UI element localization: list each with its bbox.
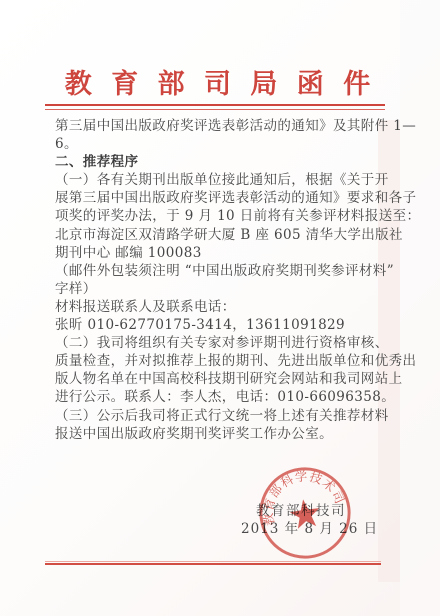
body-line: （一）各有关期刊出版单位接此通知后，根据《关于开 — [55, 171, 387, 189]
body-line: 项奖的评奖办法，于 9 月 10 日前将有关参评材料报送至： — [55, 207, 387, 225]
body-line: 报送中国出版政府奖期刊奖评奖工作办公室。 — [55, 425, 387, 443]
body-line: 质量检查，并对拟推荐上报的期刊、先进出版单位和优秀出 — [55, 352, 387, 370]
body-line: 字样） — [55, 280, 387, 298]
body-line: 进行公示。联系人：李人杰，电话：010-66096358。 — [55, 388, 387, 406]
body-line: （邮件外包装须注明 “中国出版政府奖期刊奖参评材料” — [55, 262, 387, 280]
footer-divider — [45, 561, 381, 565]
letterhead-divider — [45, 104, 385, 110]
body-line: 北京市海淀区双清路学研大厦 B 座 605 清华大学出版社 — [55, 226, 387, 244]
body-line: 材料报送联系人及联系电话： — [55, 298, 387, 316]
body-line: 期刊中心 邮编 100083 — [55, 244, 387, 262]
body-line: （二）我司将组织有关专家对参评期刊进行资格审核、 — [55, 334, 387, 352]
body-line: 展第三届中国出版政府奖评选表彰活动的通知》要求和各子 — [55, 189, 387, 207]
letterhead-title: 教 育 部 司 局 函 件 — [0, 62, 440, 101]
scanned-letter-page: 教 育 部 司 局 函 件 第三届中国出版政府奖评选表彰活动的通知》及其附件 1… — [0, 0, 440, 616]
section-heading: 二、推荐程序 — [55, 153, 387, 171]
body-line: 6。 — [55, 135, 387, 153]
body-line: 版人物名单在中国高校科技期刊研究会网站和我司网站上 — [55, 370, 387, 388]
official-seal: 教育部科学技术司 — [250, 458, 361, 569]
body-line: （三）公示后我司将正式行文统一将上述有关推荐材料 — [55, 407, 387, 425]
seal-star-icon — [288, 497, 321, 529]
body-line: 张昕 010-62770175-3414，13611091829 — [55, 316, 387, 334]
document-body: 第三届中国出版政府奖评选表彰活动的通知》及其附件 1— 6。 二、推荐程序 （一… — [55, 117, 387, 443]
body-line: 第三届中国出版政府奖评选表彰活动的通知》及其附件 1— — [55, 117, 387, 135]
